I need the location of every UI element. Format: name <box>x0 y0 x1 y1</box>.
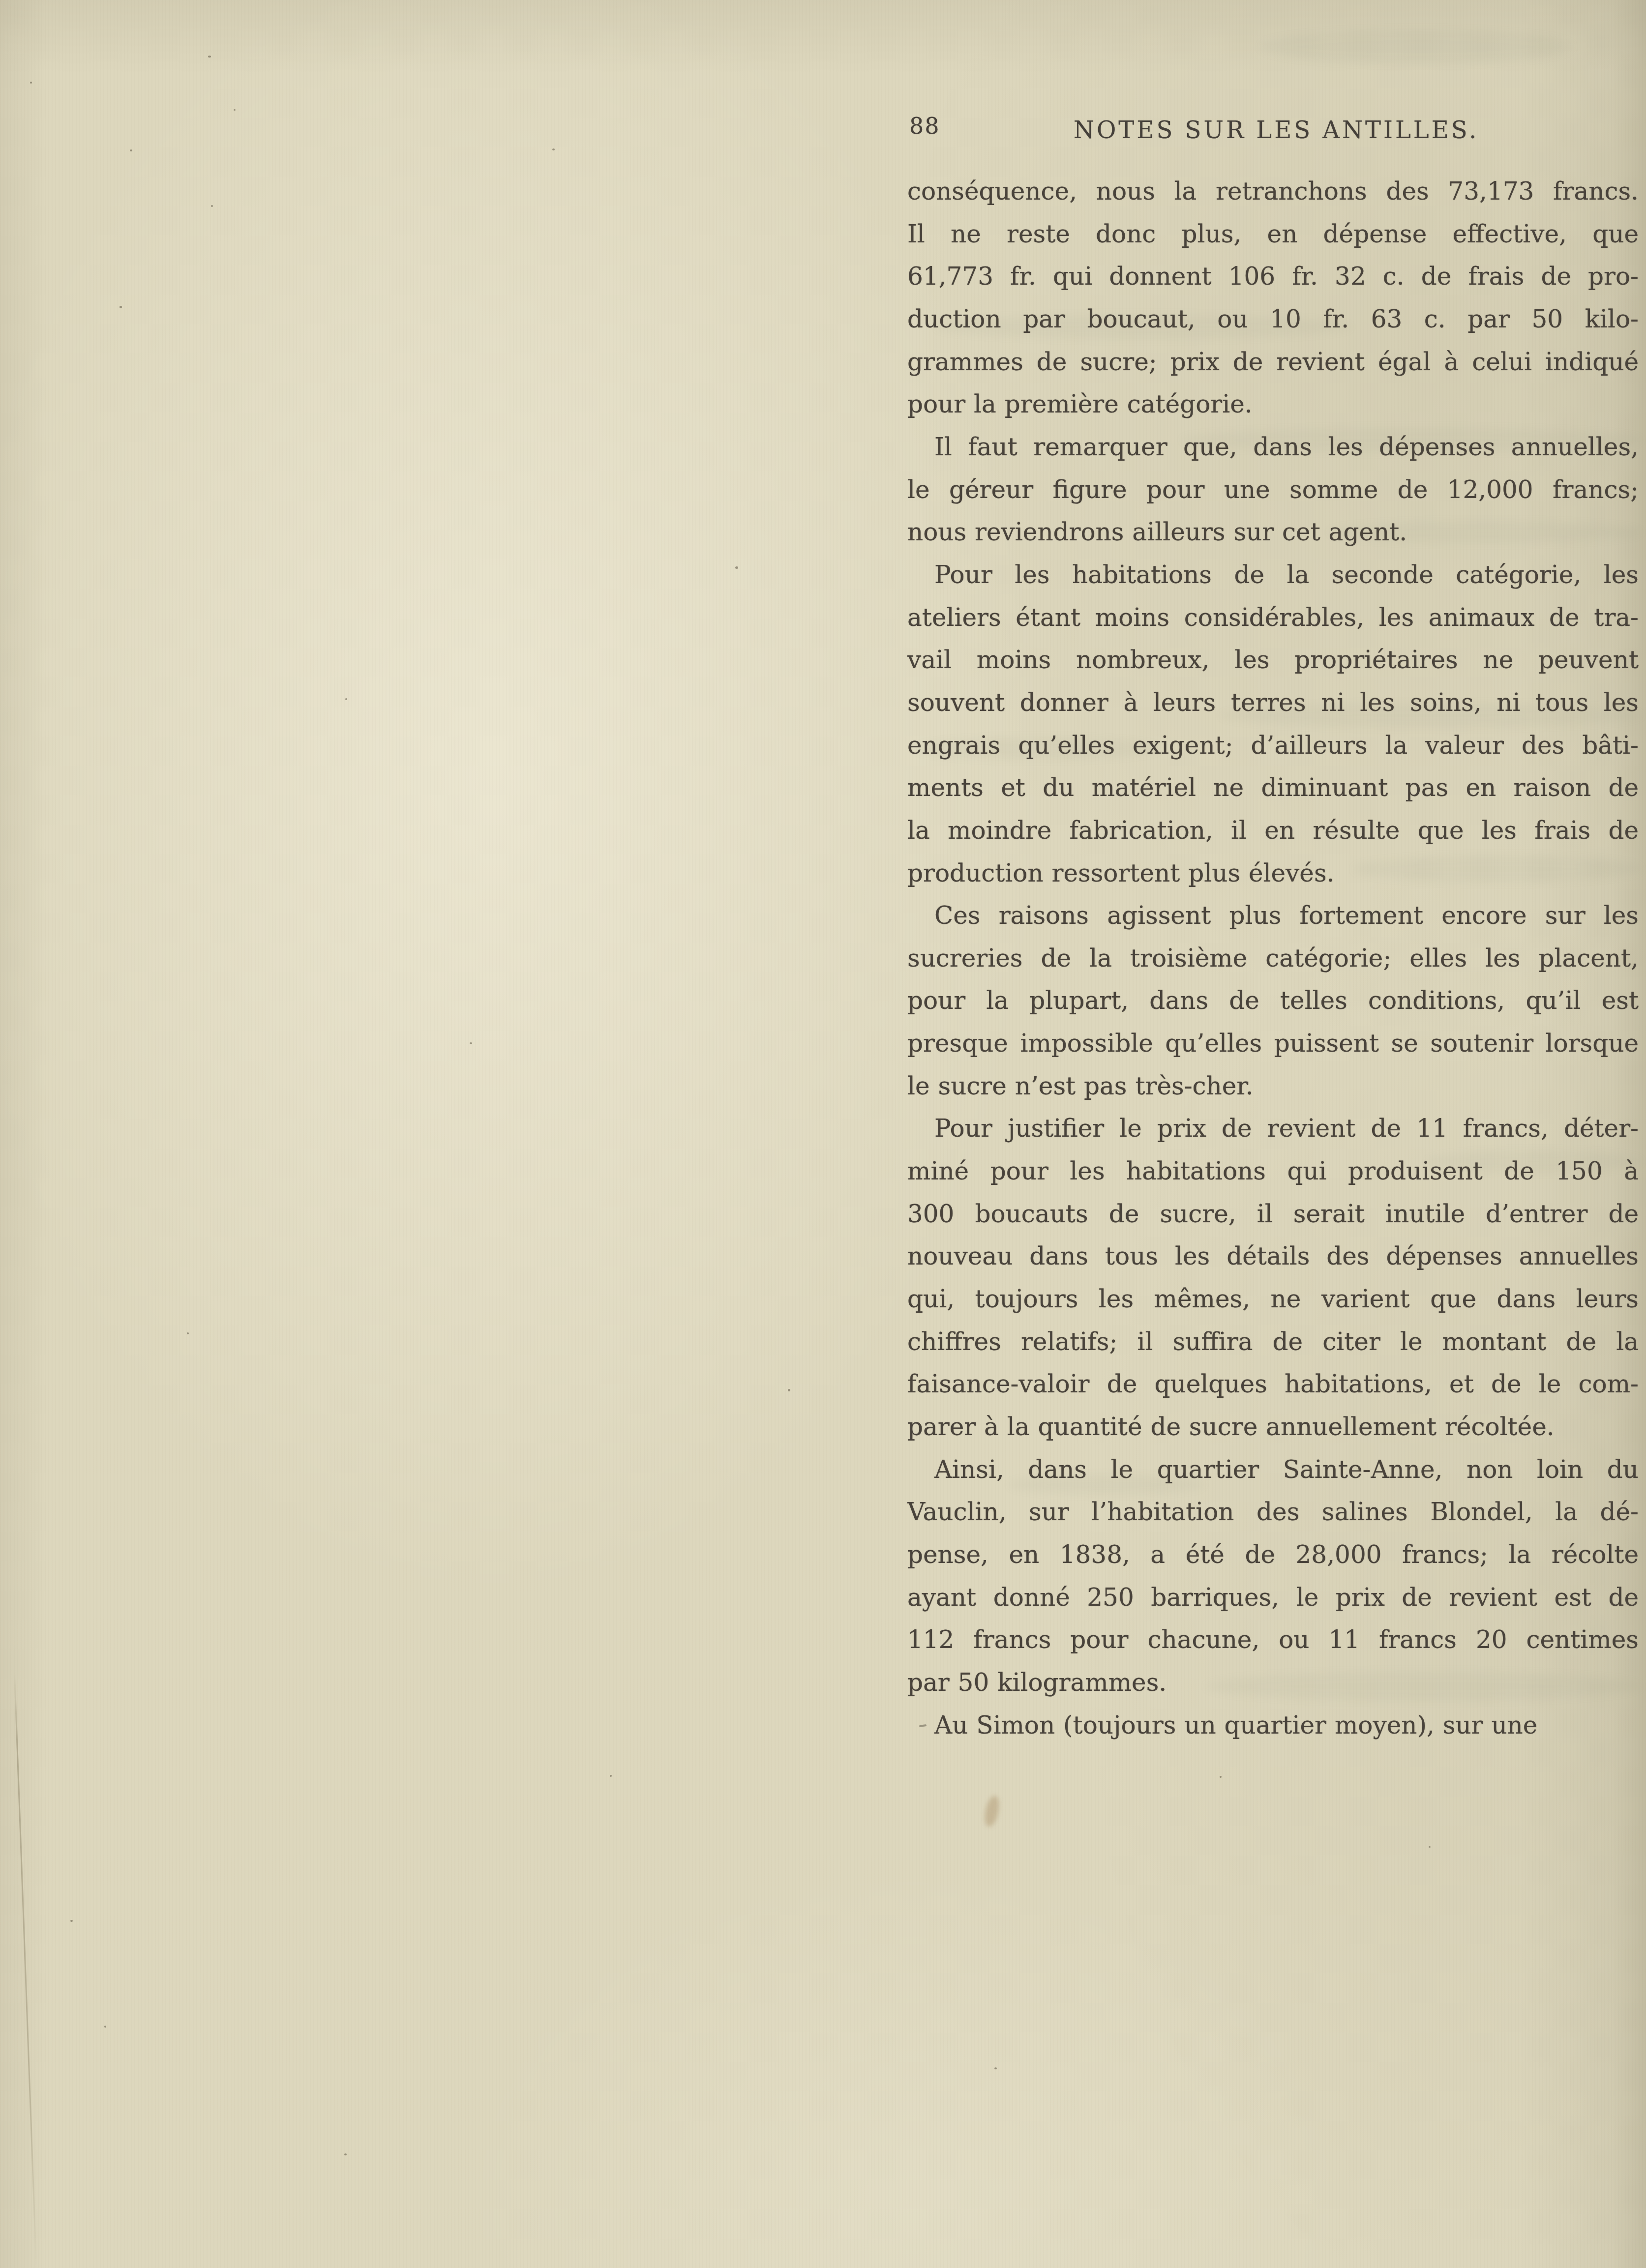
text-line: souvent donner à leurs terres ni les soi… <box>907 681 1639 724</box>
paper-speck <box>735 566 738 569</box>
text-line: ments et du matériel ne diminuant pas en… <box>907 766 1639 809</box>
text-line: Pour justifier le prix de revient de 11 … <box>907 1107 1639 1150</box>
text-line: faisance-valoir de quelques habitations,… <box>907 1363 1639 1406</box>
text-line: Ces raisons agissent plus fortement enco… <box>907 894 1639 937</box>
text-block: conséquence, nous la retranchons des 73,… <box>907 170 1639 1746</box>
text-line: 300 boucauts de sucre, il serait inutile… <box>907 1193 1639 1236</box>
text-line: Vauclin, sur l’habitation des salines Bl… <box>907 1491 1639 1533</box>
text-line: vail moins nombreux, les propriétaires n… <box>907 639 1639 681</box>
paper-speck <box>104 2026 106 2028</box>
paper-speck <box>120 306 122 308</box>
text-line: 61,773 fr. qui donnent 106 fr. 32 c. de … <box>907 255 1639 298</box>
text-line: nous reviendrons ailleurs sur cet agent. <box>907 511 1639 554</box>
text-line: nouveau dans tous les détails des dépens… <box>907 1235 1639 1278</box>
paper-speck <box>208 56 211 58</box>
text-line: production ressortent plus élevés. <box>907 852 1639 895</box>
paper-speck <box>552 148 555 150</box>
text-line: ayant donné 250 barriques, le prix de re… <box>907 1576 1639 1619</box>
text-line: Pour les habitations de la seconde catég… <box>907 554 1639 596</box>
text-line: le géreur figure pour une somme de 12,00… <box>907 469 1639 511</box>
text-line: Ainsi, dans le quartier Sainte-Anne, non… <box>907 1448 1639 1491</box>
text-line: pour la plupart, dans de telles conditio… <box>907 979 1639 1022</box>
text-line: 112 francs pour chacune, ou 11 francs 20… <box>907 1619 1639 1661</box>
page-number: 88 <box>909 115 940 137</box>
paper-speck <box>70 1920 73 1922</box>
page-background: 88 NOTES SUR LES ANTILLES. conséquence, … <box>0 0 1646 2268</box>
paper-speck <box>788 1389 790 1391</box>
paper-speck <box>470 1042 472 1044</box>
paper-speck <box>130 149 132 151</box>
paper-speck <box>345 698 347 700</box>
paper-speck <box>30 82 32 84</box>
paper-speck <box>234 109 236 111</box>
text-line: la moindre fabrication, il en résulte qu… <box>907 809 1639 852</box>
text-line: le sucre n’est pas très-cher. <box>907 1065 1639 1108</box>
text-line: sucreries de la troisième catégorie; ell… <box>907 937 1639 980</box>
text-line: conséquence, nous la retranchons des 73,… <box>907 170 1639 213</box>
text-line: Au Simon (toujours un quartier moyen), s… <box>907 1704 1639 1747</box>
text-line: engrais qu’elles exigent; d’ailleurs la … <box>907 724 1639 767</box>
text-line: parer à la quantité de sucre annuellemen… <box>907 1406 1639 1448</box>
paper-speck <box>344 2153 347 2155</box>
text-line: Il ne reste donc plus, en dépense effect… <box>907 213 1639 256</box>
crease-line <box>14 1673 37 2268</box>
text-line: Il faut remarquer que, dans les dépenses… <box>907 426 1639 469</box>
text-line: pour la première catégorie. <box>907 383 1639 426</box>
text-line: presque impossible qu’elles puissent se … <box>907 1022 1639 1065</box>
text-line: miné pour les habitations qui produisent… <box>907 1150 1639 1193</box>
text-line: chiffres relatifs; il suffira de citer l… <box>907 1321 1639 1363</box>
text-column: 88 NOTES SUR LES ANTILLES. conséquence, … <box>907 0 1639 2268</box>
paper-speck <box>610 1775 612 1777</box>
text-line: grammes de sucre; prix de revient égal à… <box>907 341 1639 383</box>
text-line: ateliers étant moins considérables, les … <box>907 596 1639 639</box>
text-line: pense, en 1838, a été de 28,000 francs; … <box>907 1533 1639 1576</box>
text-line: qui, toujours les mêmes, ne varient que … <box>907 1278 1639 1321</box>
text-line: duction par boucaut, ou 10 fr. 63 c. par… <box>907 298 1639 341</box>
paper-speck <box>187 1332 189 1334</box>
text-line: par 50 kilogrammes. <box>907 1661 1639 1704</box>
paper-speck <box>211 205 213 207</box>
running-title: NOTES SUR LES ANTILLES. <box>1074 118 1479 142</box>
